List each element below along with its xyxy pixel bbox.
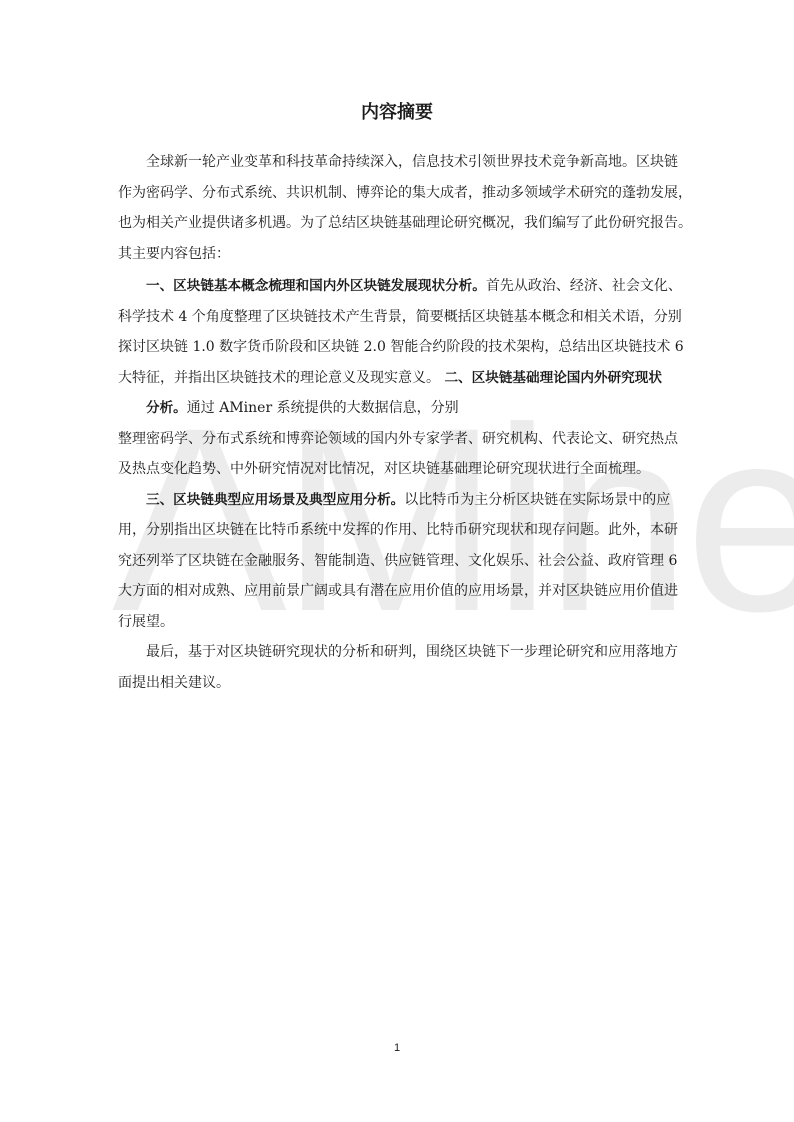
- conclusion-paragraph: 最后，基于对区块链研究现状的分析和研判，围绕区块链下一步理论研究和应用落地方 面…: [118, 637, 678, 698]
- text-line: 一、区块链基本概念梳理和国内外区块链发展现状分析。首先从政治、经济、社会文化、: [118, 271, 678, 302]
- section-1-heading: 一、区块链基本概念梳理和国内外区块链发展现状分析。: [146, 278, 486, 294]
- text-line: 究还列举了区块链在金融服务、智能制造、供应链管理、文化娱乐、社会公益、政府管理 …: [118, 546, 678, 577]
- section-3-heading: 三、区块链典型应用场景及典型应用分析。: [146, 492, 404, 508]
- text-line: 科学技术 4 个角度整理了区块链技术产生背景，简要概括区块链基本概念和相关术语，…: [118, 302, 678, 333]
- intro-paragraph: 全球新一轮产业变革和科技革命持续深入，信息技术引领世界技术竞争新高地。区块链 作…: [118, 147, 678, 269]
- document-body: 全球新一轮产业变革和科技革命持续深入，信息技术引领世界技术竞争新高地。区块链 作…: [118, 147, 678, 698]
- page-number: 1: [0, 1042, 794, 1054]
- text-line: 作为密码学、分布式系统、共识机制、博弈论的集大成者，推动多领域学术研究的蓬勃发展…: [118, 178, 678, 209]
- text-line: 分析。通过 AMiner 系统提供的大数据信息，分别: [118, 393, 678, 424]
- text-fragment: 大特征，并指出区块链技术的理论意义及现实意义。: [118, 370, 444, 386]
- section-2-heading-part2: 分析。: [146, 400, 187, 416]
- text-fragment: 首先从政治、经济、社会文化、: [486, 278, 682, 294]
- section-2-heading-part1: 二、区块链基础理论国内外研究现状: [444, 370, 662, 386]
- section-3-paragraph: 三、区块链典型应用场景及典型应用分析。以比特币为主分析区块链在实际场景中的应 用…: [118, 485, 678, 638]
- section-2-paragraph: 分析。通过 AMiner 系统提供的大数据信息，分别 整理密码学、分布式系统和博…: [118, 393, 678, 485]
- text-line: 也为相关产业提供诸多机遇。为了总结区块链基础理论研究概况，我们编写了此份研究报告…: [118, 208, 678, 239]
- text-line: 行展望。: [118, 607, 678, 638]
- text-line: 全球新一轮产业变革和科技革命持续深入，信息技术引领世界技术竞争新高地。区块链: [118, 147, 678, 178]
- text-line: 大方面的相对成熟、应用前景广阔或具有潜在应用价值的应用场景，并对区块链应用价值进: [118, 576, 678, 607]
- text-line: 及热点变化趋势、中外研究情况对比情况，对区块链基础理论研究现状进行全面梳理。: [118, 454, 678, 485]
- text-fragment: 通过 AMiner 系统提供的大数据信息，分别: [187, 400, 459, 416]
- text-line: 探讨区块链 1.0 数字货币阶段和区块链 2.0 智能合约阶段的技术架构，总结出…: [118, 332, 678, 363]
- text-line: 整理密码学、分布式系统和博弈论领域的国内外专家学者、研究机构、代表论文、研究热点: [118, 424, 678, 455]
- text-fragment: 以比特币为主分析区块链在实际场景中的应: [404, 492, 670, 508]
- text-line: 面提出相关建议。: [118, 668, 678, 699]
- text-line: 三、区块链典型应用场景及典型应用分析。以比特币为主分析区块链在实际场景中的应: [118, 485, 678, 516]
- text-line: 用，分别指出区块链在比特币系统中发挥的作用、比特币研究现状和现存问题。此外，本研: [118, 515, 678, 546]
- text-line: 其主要内容包括：: [118, 239, 678, 270]
- page-title: 内容摘要: [0, 101, 794, 125]
- section-1-paragraph: 一、区块链基本概念梳理和国内外区块链发展现状分析。首先从政治、经济、社会文化、 …: [118, 271, 678, 393]
- text-line: 最后，基于对区块链研究现状的分析和研判，围绕区块链下一步理论研究和应用落地方: [118, 637, 678, 668]
- text-line: 大特征，并指出区块链技术的理论意义及现实意义。 二、区块链基础理论国内外研究现状: [118, 363, 678, 394]
